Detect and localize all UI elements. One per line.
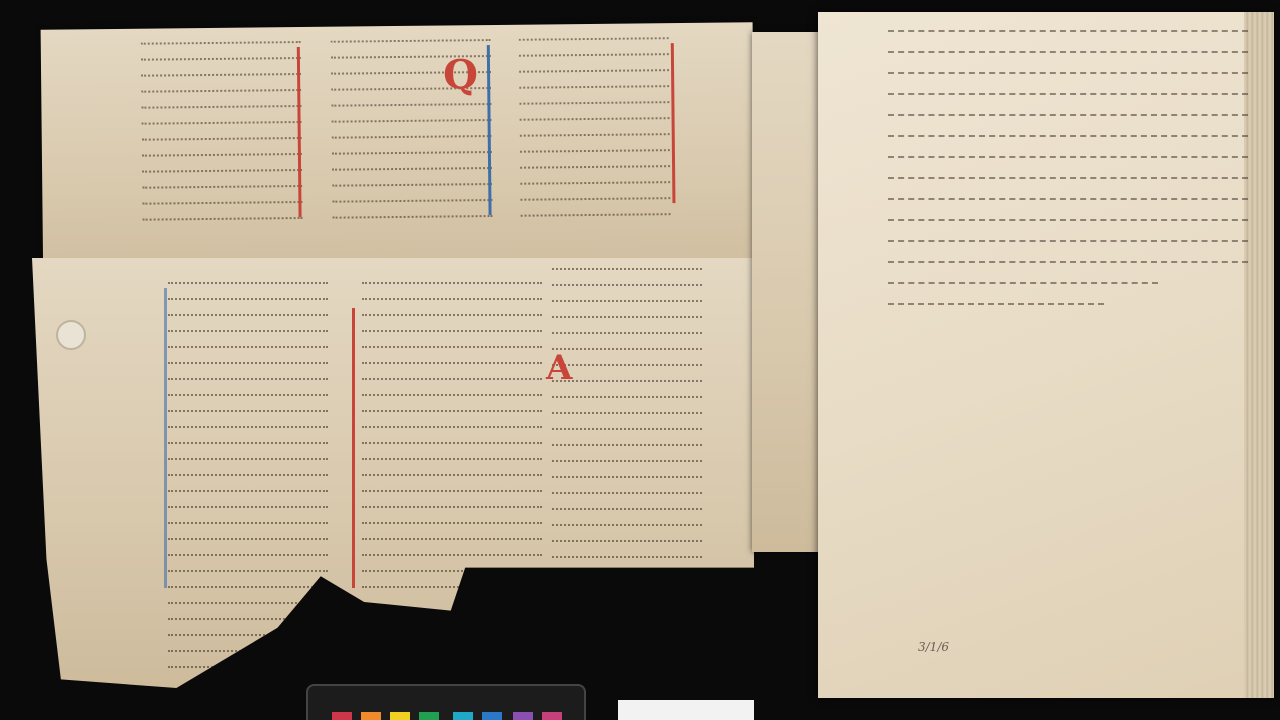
text-column-4 [168,282,328,672]
swatch-red [332,712,352,720]
shelfmark: 3/1/6 [918,640,949,654]
rubric-line [671,43,676,203]
white-reference-card [618,700,754,720]
handwritten-note [888,30,1248,324]
text-column-3 [519,37,671,219]
decorated-initial-a: A [546,348,572,388]
book-page: 3/1/6 [818,12,1274,698]
text-column-6 [552,268,702,558]
swatch-cyan [453,712,473,720]
swatch-yellow [390,712,410,720]
decorated-initial-q: Q [443,51,478,98]
manuscript-strip [752,32,818,552]
rubric-line [352,308,355,588]
swatch-purple [513,712,533,720]
color-checker-card [306,684,586,720]
page-edges [1244,12,1274,698]
swatch-green [419,712,439,720]
binding-hole [56,320,86,350]
text-column-5 [362,282,542,602]
swatch-blue [482,712,502,720]
rubric-line [164,288,167,588]
swatch-magenta [542,712,562,720]
manuscript-fragment-lower: A [32,258,754,688]
swatch-orange [361,712,381,720]
text-column-1 [141,41,303,223]
